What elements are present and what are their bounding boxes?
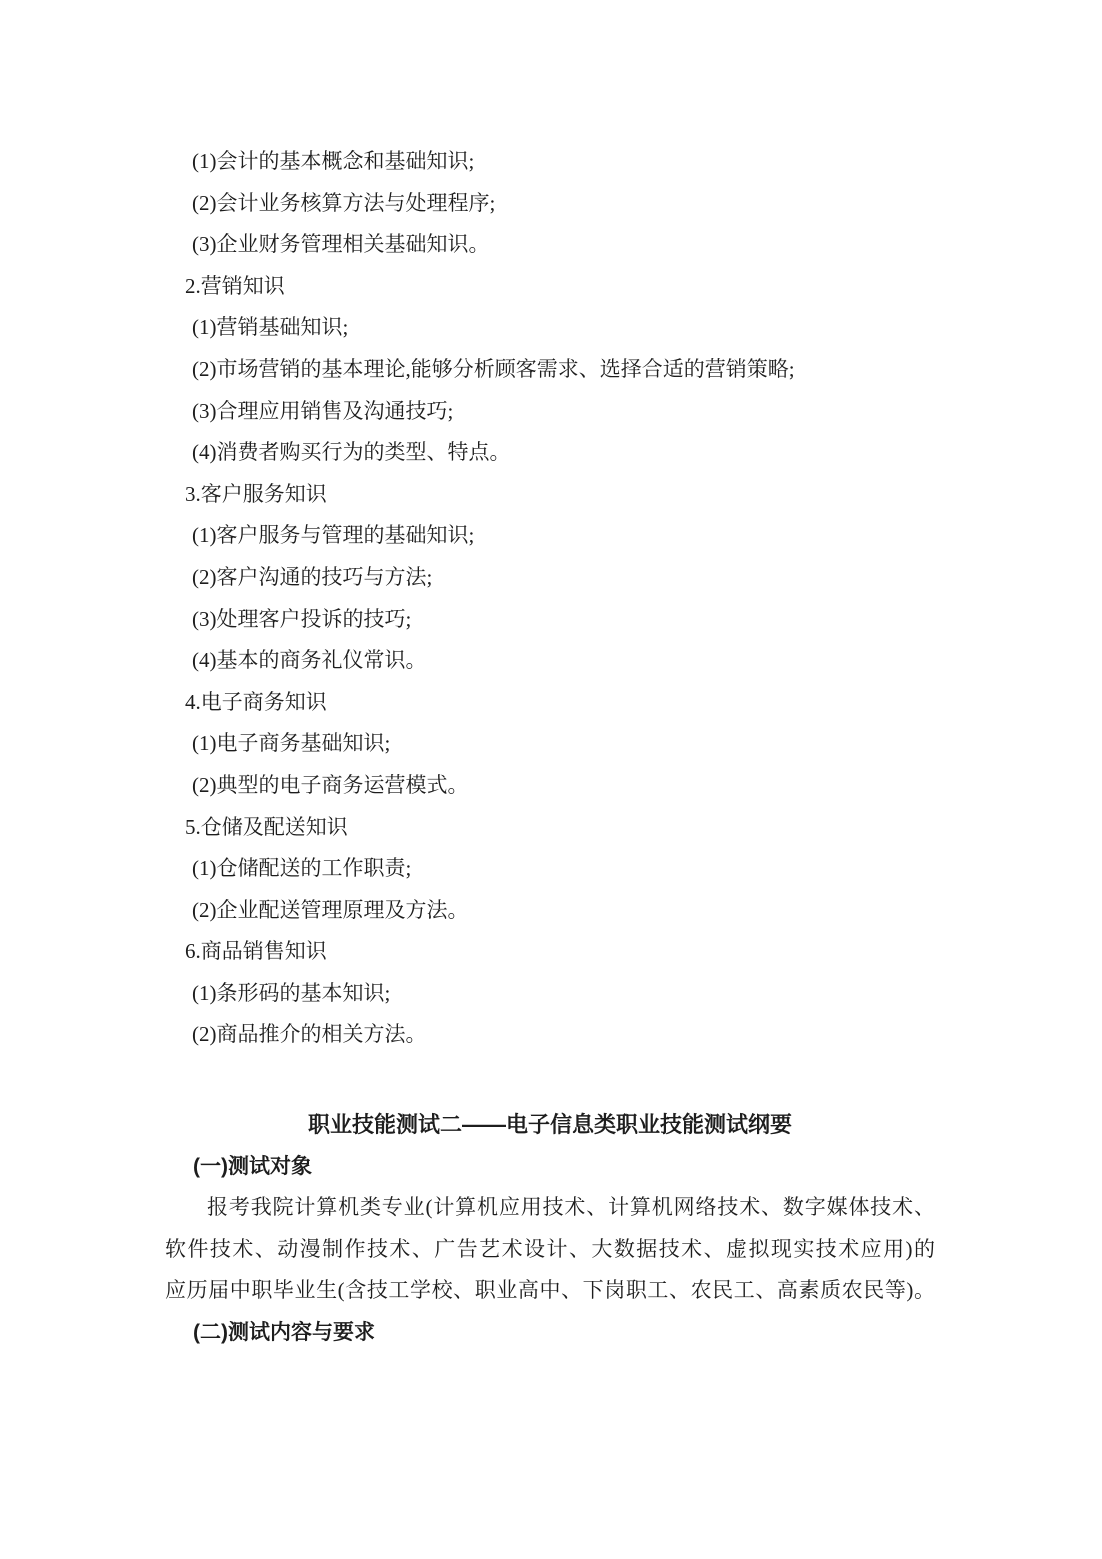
list-item: (1)会计的基本概念和基础知识; bbox=[165, 141, 935, 183]
subsection-heading-test-content: (二)测试内容与要求 bbox=[165, 1312, 935, 1354]
section-gap bbox=[165, 1056, 935, 1104]
list-item: (1)仓储配送的工作职责; bbox=[165, 848, 935, 890]
list-item: (4)消费者购买行为的类型、特点。 bbox=[165, 432, 935, 474]
list-item: (2)企业配送管理原理及方法。 bbox=[165, 890, 935, 932]
paragraph-line: 软件技术、动漫制作技术、广告艺术设计、大数据技术、虚拟现实技术应用)的 bbox=[165, 1229, 935, 1271]
list-item: (2)会计业务核算方法与处理程序; bbox=[165, 183, 935, 225]
list-item: (2)商品推介的相关方法。 bbox=[165, 1014, 935, 1056]
list-item: (3)企业财务管理相关基础知识。 bbox=[165, 224, 935, 266]
paragraph-line: 应历届中职毕业生(含技工学校、职业高中、下岗职工、农民工、高素质农民等)。 bbox=[165, 1270, 935, 1312]
list-item-numbered: 4.电子商务知识 bbox=[165, 682, 935, 724]
list-item: (2)典型的电子商务运营模式。 bbox=[165, 765, 935, 807]
list-item: (1)客户服务与管理的基础知识; bbox=[165, 515, 935, 557]
list-item-numbered: 5.仓储及配送知识 bbox=[165, 807, 935, 849]
list-item-numbered: 2.营销知识 bbox=[165, 266, 935, 308]
list-item: (3)合理应用销售及沟通技巧; bbox=[165, 391, 935, 433]
list-item: (1)营销基础知识; bbox=[165, 307, 935, 349]
subsection-heading-test-subject: (一)测试对象 bbox=[165, 1146, 935, 1188]
list-item-numbered: 6.商品销售知识 bbox=[165, 931, 935, 973]
document-page: (1)会计的基本概念和基础知识; (2)会计业务核算方法与处理程序; (3)企业… bbox=[0, 0, 1102, 1559]
list-item: (1)条形码的基本知识; bbox=[165, 973, 935, 1015]
list-item-numbered: 3.客户服务知识 bbox=[165, 474, 935, 516]
list-item: (2)客户沟通的技巧与方法; bbox=[165, 557, 935, 599]
paragraph-line: 报考我院计算机类专业(计算机应用技术、计算机网络技术、数字媒体技术、 bbox=[165, 1187, 935, 1229]
list-item: (1)电子商务基础知识; bbox=[165, 723, 935, 765]
list-item: (2)市场营销的基本理论,能够分析顾客需求、选择合适的营销策略; bbox=[165, 349, 935, 391]
section-title: 职业技能测试二——电子信息类职业技能测试纲要 bbox=[165, 1104, 935, 1146]
list-item: (3)处理客户投诉的技巧; bbox=[165, 599, 935, 641]
list-item: (4)基本的商务礼仪常识。 bbox=[165, 640, 935, 682]
document-content: (1)会计的基本概念和基础知识; (2)会计业务核算方法与处理程序; (3)企业… bbox=[165, 141, 935, 1354]
